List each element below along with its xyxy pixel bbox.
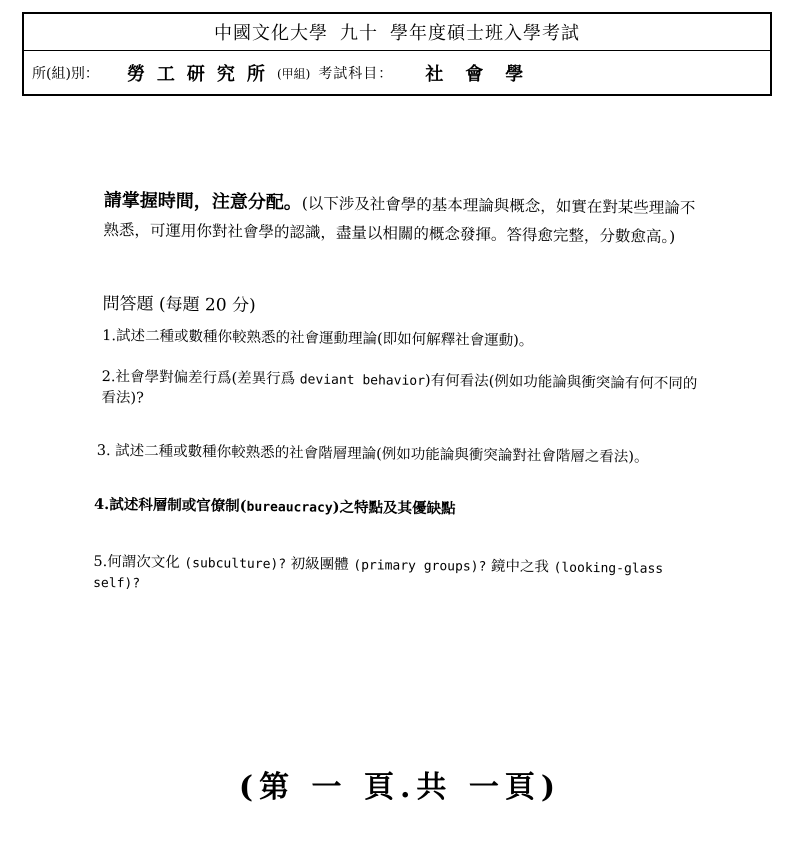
instructions: 請掌握時間，注意分配。(以下涉及社會學的基本理論與概念，如實在對某些理論不熟悉，… [103,186,704,252]
exam-title-row: 中國文化大學 九十 學年度碩士班入學考試 [24,14,770,51]
question-4: 4.試述科層制或官僚制(bureaucracy)之特點及其優缺點 [94,494,700,523]
question-text: 鏡中之我 [486,559,553,576]
department-value: 勞工研究所 [127,60,277,86]
exam-title: 學年度碩士班入學考試 [390,19,580,45]
subject-value: 社會學 [425,60,545,86]
question-text: )之特點及其優缺點 [333,499,456,517]
question-number: 1. [102,328,116,344]
exam-header-box: 中國文化大學 九十 學年度碩士班入學考試 所(組)別： 勞工研究所 (甲組) 考… [22,12,772,96]
university-name: 中國文化大學 [214,19,328,45]
question-text: 何謂次文化 [107,554,184,571]
question-5: 5.何謂次文化 (subculture)? 初級團體 (primary grou… [93,552,699,601]
page-indicator: (第 一 頁.共 一頁) [220,762,580,806]
instructions-lead: 請掌握時間，注意分配。 [104,190,302,213]
question-1: 1.試述二種或數種你較熟悉的社會運動理論(即如何解釋社會運動)。 [102,326,702,354]
academic-year: 九十 [340,19,378,45]
question-number: 2. [102,369,116,385]
question-number: 5. [93,554,107,570]
question-number: 4. [94,496,109,513]
question-2: 2.社會學對偏差行爲(差異行爲 deviant behavior)有何看法(例如… [101,367,701,416]
question-text: 試述科層制或官僚制( [109,496,247,515]
exam-info-row: 所(組)別： 勞工研究所 (甲組) 考試科目： 社會學 [24,51,770,95]
question-term-en: (subculture)? [184,556,286,572]
question-3: 3. 試述二種或數種你較熟悉的社會階層理論(例如功能論與衝突論對社會階層之看法)… [97,441,701,469]
question-number: 3. [97,443,111,459]
question-text: 初級團體 [286,556,353,573]
question-term-en: (primary groups)? [353,558,486,575]
question-term-en: bureaucracy [247,500,333,516]
question-text: 試述二種或數種你較熟悉的社會階層理論(例如功能論與衝突論對社會階層之看法)。 [115,443,648,466]
section-title: 問答題 (每題 20 分) [102,289,702,321]
department-group: (甲組) [277,65,310,82]
department-label: 所(組)別： [32,63,99,83]
question-text: 社會學對偏差行爲(差異行爲 [115,369,299,387]
subject-label: 考試科目： [318,63,393,83]
exam-content: 請掌握時間，注意分配。(以下涉及社會學的基本理論與概念，如實在對某些理論不熟悉，… [99,186,704,601]
question-text: 試述二種或數種你較熟悉的社會運動理論(即如何解釋社會運動)。 [116,328,533,349]
question-term-en: deviant behavior [300,372,425,389]
